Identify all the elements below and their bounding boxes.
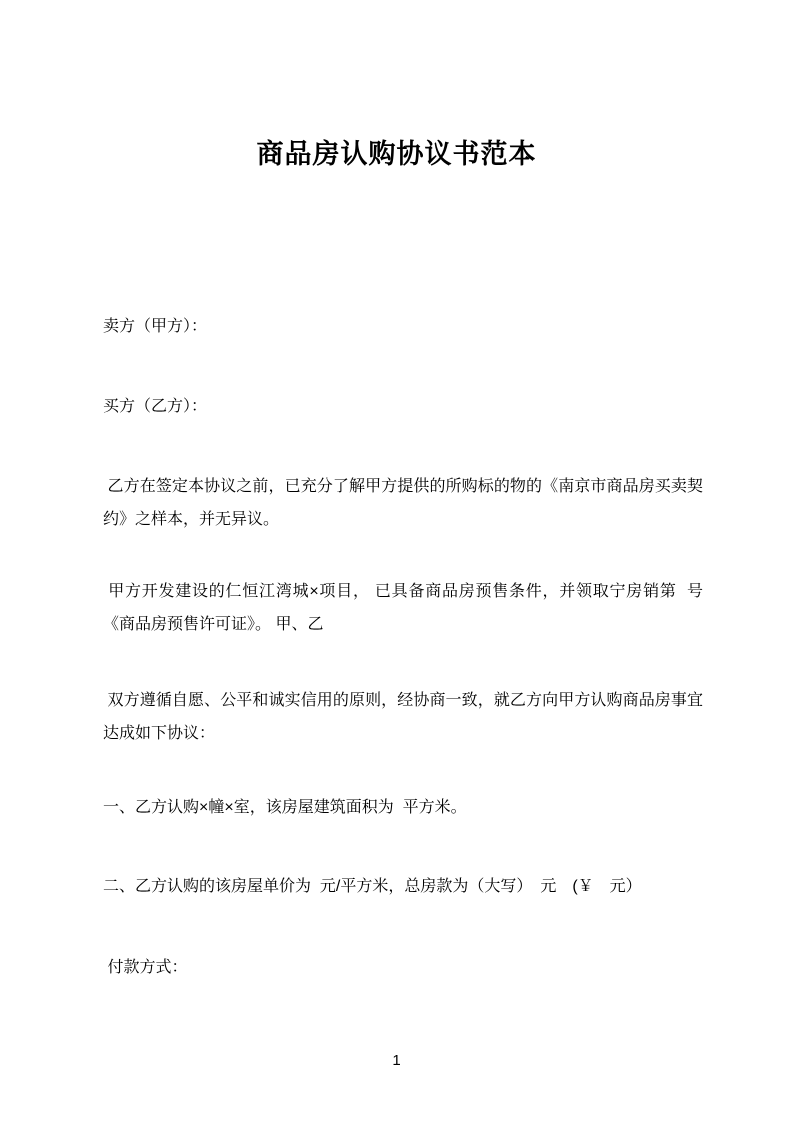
document-title: 商品房认购协议书范本 [0, 138, 793, 171]
document-page: 商品房认购协议书范本 卖方（甲方）： 买方（乙方）： 乙方在签定本协议之前，已充… [0, 0, 793, 1122]
page-number: 1 [0, 1049, 793, 1073]
buyer-party-label: 买方（乙方）： [103, 390, 703, 423]
clause-item-one: 一、乙方认购×幢×室，该房屋建筑面积为 平方米。 [103, 791, 703, 824]
paragraph-intro: 乙方在签定本协议之前，已充分了解甲方提供的所购标的物的《南京市商品房买卖契约》之… [103, 470, 703, 536]
paragraph-project-presale: 甲方开发建设的仁恒江湾城×项目， 已具备商品房预售条件，并领取宁房销第 号《商品… [103, 575, 703, 641]
paragraph-principle: 双方遵循自愿、公平和诚实信用的原则，经协商一致，就乙方向甲方认购商品房事宜达成如… [103, 684, 703, 750]
payment-method-label: 付款方式： [103, 951, 703, 984]
seller-party-label: 卖方（甲方）： [103, 310, 703, 343]
clause-item-two: 二、乙方认购的该房屋单价为 元/平方米，总房款为（大写） 元 (￥ 元） [103, 870, 703, 903]
